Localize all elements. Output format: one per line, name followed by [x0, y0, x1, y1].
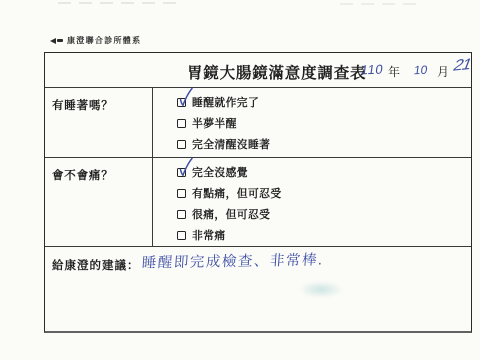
checkbox-checked[interactable]	[177, 98, 186, 107]
option-label: 非常痛	[192, 228, 226, 243]
option-label: 睡醒就作完了	[192, 95, 259, 110]
date-year-value: 110	[361, 62, 383, 77]
scan-artifact-streak	[58, 2, 176, 4]
checkbox[interactable]	[177, 231, 186, 240]
option-row: 完全清醒沒睡著	[177, 138, 471, 150]
question-row-pain: 會不會痛？ 完全沒感覺 有點痛，但可忍受 很痛，但可忍受	[45, 158, 471, 247]
question-label: 有睡著嗎？	[45, 88, 153, 157]
options-list: 完全沒感覺 有點痛，但可忍受 很痛，但可忍受 非常痛	[153, 158, 471, 241]
option-label: 有點痛，但可忍受	[192, 186, 282, 201]
survey-table: 胃鏡大腸鏡滿意度調查表 110 年 10 月 21 有睡著嗎？ 睡醒就作完了	[44, 52, 472, 333]
date-month-value: 10	[414, 63, 427, 77]
checkbox[interactable]	[177, 210, 186, 219]
date-year-unit: 年	[388, 63, 400, 80]
date-month-unit: 月	[437, 63, 449, 80]
scanned-survey-page: 康澄聯合診所體系 胃鏡大腸鏡滿意度調查表 110 年 10 月 21 有睡著嗎？	[0, 0, 480, 360]
option-row: 完全沒感覺	[177, 166, 471, 178]
option-row: 半夢半醒	[177, 117, 471, 129]
checkbox[interactable]	[177, 119, 186, 128]
title-row: 胃鏡大腸鏡滿意度調查表 110 年 10 月 21	[45, 53, 471, 88]
option-label: 很痛，但可忍受	[192, 207, 270, 222]
scan-artifact-streak	[340, 3, 422, 5]
clinic-logo: 康澄聯合診所體系	[50, 35, 141, 46]
suggestion-row: 給康澄的建議： 睡醒即完成檢查、非常棒.	[45, 247, 471, 330]
question-label: 會不會痛？	[45, 158, 153, 246]
suggestion-handwriting: 睡醒即完成檢查、非常棒.	[141, 248, 324, 272]
form-title: 胃鏡大腸鏡滿意度調查表	[187, 61, 366, 83]
option-label: 半夢半醒	[192, 116, 237, 131]
checkbox-checked[interactable]	[177, 168, 186, 177]
date-day-value: 21	[454, 57, 470, 75]
option-row: 非常痛	[177, 229, 471, 241]
option-row: 睡醒就作完了	[177, 96, 471, 108]
option-row: 很痛，但可忍受	[177, 208, 471, 220]
checkbox[interactable]	[177, 140, 186, 149]
arrow-left-icon	[50, 38, 63, 44]
option-label: 完全沒感覺	[192, 165, 248, 180]
question-row-sleep: 有睡著嗎？ 睡醒就作完了 半夢半醒 完全清醒沒睡著	[45, 88, 471, 158]
options-list: 睡醒就作完了 半夢半醒 完全清醒沒睡著	[153, 88, 471, 150]
option-row: 有點痛，但可忍受	[177, 187, 471, 199]
checkbox[interactable]	[177, 189, 186, 198]
option-label: 完全清醒沒睡著	[192, 137, 270, 152]
suggestion-label: 給康澄的建議：	[52, 257, 140, 273]
scan-smudge	[299, 281, 343, 298]
clinic-name-label: 康澄聯合診所體系	[67, 35, 141, 46]
